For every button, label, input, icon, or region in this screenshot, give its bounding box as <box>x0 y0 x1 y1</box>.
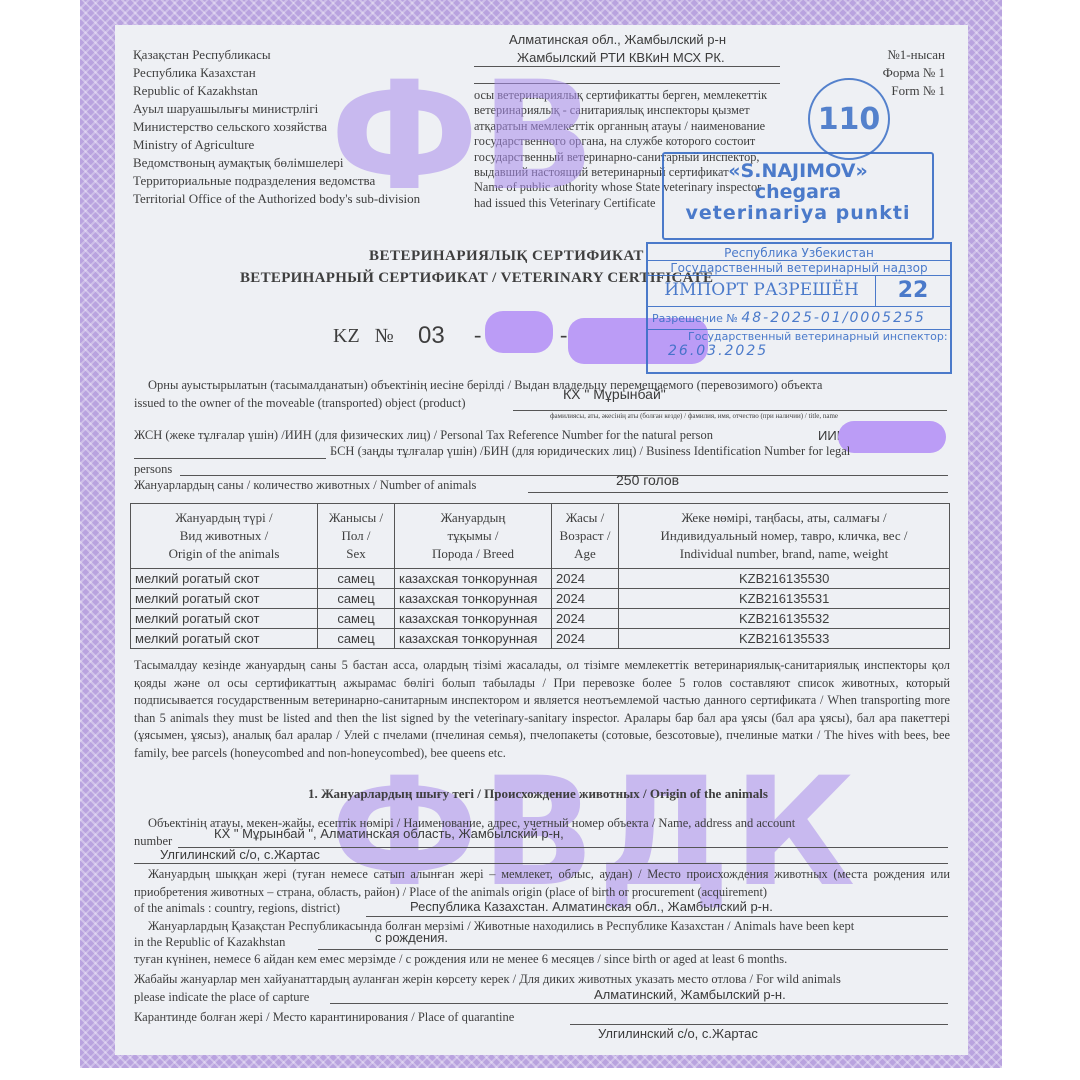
breed-cell: казахская тонкорунная <box>395 629 552 649</box>
table-row: мелкий рогатый скотсамецказахская тонкор… <box>131 589 950 609</box>
age-cell: 2024 <box>552 629 619 649</box>
sex-cell: самец <box>318 609 395 629</box>
species-cell: мелкий рогатый скот <box>131 629 318 649</box>
transport-note: Тасымалдау кезінде жануардың саны 5 баст… <box>134 657 950 763</box>
table-row: мелкий рогатый скотсамецказахская тонкор… <box>131 609 950 629</box>
title-kz: ВЕТЕРИНАРИЯЛЫҚ СЕРТИФИКАТ <box>369 248 644 265</box>
animal-count: 250 голов <box>616 472 679 488</box>
id-cell: KZB216135532 <box>619 609 950 629</box>
watermark: ФВ <box>330 62 597 212</box>
species-cell: мелкий рогатый скот <box>131 589 318 609</box>
col-header-breed: Жануардыңтұқымы /Порода / Breed <box>395 504 552 569</box>
breed-cell: казахская тонкорунная <box>395 589 552 609</box>
quarantine-place: Улгилинский с/о, с.Жартас <box>598 1026 758 1041</box>
sex-cell: самец <box>318 569 395 589</box>
col-header-id: Жеке нөмірі, таңбасы, аты, салмағы /Инди… <box>619 504 950 569</box>
redacted-iin <box>838 421 946 453</box>
id-cell: KZB216135531 <box>619 589 950 609</box>
import-permit-stamp: Республика Узбекистан Государственный ве… <box>646 242 952 374</box>
border-post-stamp: «S.NAJIMOV» chegara veterinariya punkti <box>662 152 934 240</box>
table-row: мелкий рогатый скотсамецказахская тонкор… <box>131 569 950 589</box>
breed-cell: казахская тонкорунная <box>395 569 552 589</box>
col-header-sex: Жанысы /Пол /Sex <box>318 504 395 569</box>
species-cell: мелкий рогатый скот <box>131 569 318 589</box>
table-row: мелкий рогатый скотсамецказахская тонкор… <box>131 629 950 649</box>
owner-name: КХ " Мұрынбай" <box>563 386 666 402</box>
col-header-species: Жануардың түрі /Вид животных /Origin of … <box>131 504 318 569</box>
kept-since: с рождения. <box>375 930 448 945</box>
age-cell: 2024 <box>552 609 619 629</box>
sex-cell: самец <box>318 629 395 649</box>
authority-line1: Алматинская обл., Жамбылский р-н <box>509 32 726 47</box>
age-cell: 2024 <box>552 569 619 589</box>
redacted-number <box>485 311 553 353</box>
species-cell: мелкий рогатый скот <box>131 609 318 629</box>
capture-place: Алматинский, Жамбылский р-н. <box>594 987 786 1002</box>
id-cell: KZB216135533 <box>619 629 950 649</box>
col-header-age: Жасы /Возраст /Age <box>552 504 619 569</box>
title-ru-en: ВЕТЕРИНАРНЫЙ СЕРТИФИКАТ / VETERINARY CER… <box>240 270 713 287</box>
animals-table: Жануардың түрі /Вид животных /Origin of … <box>130 503 950 649</box>
breed-cell: казахская тонкорунная <box>395 609 552 629</box>
origin-place: Республика Казахстан. Алматинская обл., … <box>410 899 773 914</box>
sex-cell: самец <box>318 589 395 609</box>
round-stamp: 110 <box>808 78 890 160</box>
section1-title: 1. Жануарлардың шығу тегі / Происхождени… <box>308 786 768 802</box>
form-number: №1-нысан Форма № 1 Form № 1 <box>883 46 945 100</box>
cert-number-part1: 03 <box>418 322 445 350</box>
id-cell: KZB216135530 <box>619 569 950 589</box>
object-name-address: КХ " Мұрынбай ", Алматинская область, Жа… <box>214 826 564 841</box>
cert-prefix: KZ № <box>333 325 394 348</box>
age-cell: 2024 <box>552 589 619 609</box>
